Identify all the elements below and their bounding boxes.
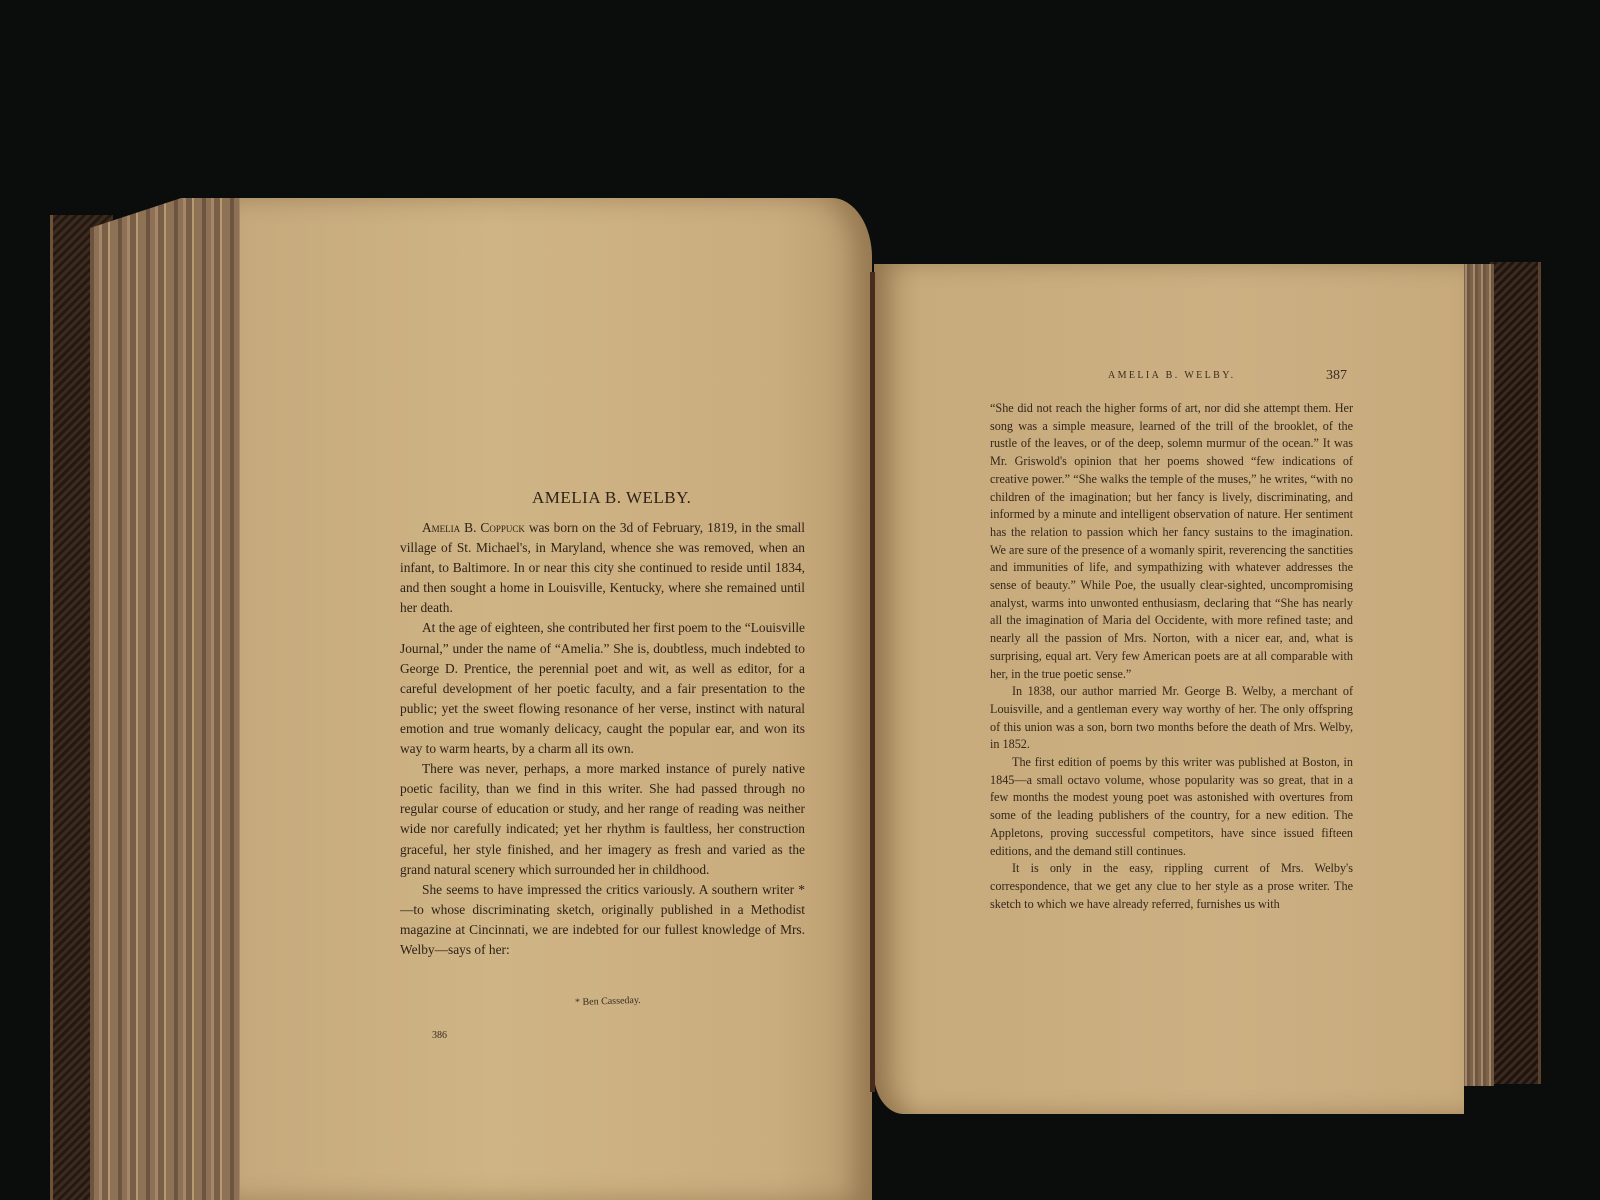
chapter-title: AMELIA B. WELBY. [532,488,691,508]
name-smallcaps: Amelia B. Coppuck [422,520,525,535]
footnote: * Ben Casseday. [575,995,641,1008]
paragraph: In 1838, our author married Mr. George B… [990,683,1353,754]
paragraph: “She did not reach the higher forms of a… [990,400,1353,683]
paragraph: It is only in the easy, rippling current… [990,860,1353,913]
page-edges-right [1462,264,1494,1086]
paragraph: The first edition of poems by this write… [990,754,1353,860]
book-photo: AMELIA B. WELBY. Amelia B. Coppuck was b… [0,0,1600,1200]
book-gutter [870,272,875,1092]
paragraph: Amelia B. Coppuck was born on the 3d of … [400,518,805,618]
page-edges-left [90,198,242,1200]
page-number-left: 386 [432,1030,447,1041]
paragraph: At the age of eighteen, she contributed … [400,618,805,759]
running-head: AMELIA B. WELBY. [1108,370,1235,381]
left-page-body: Amelia B. Coppuck was born on the 3d of … [400,518,805,960]
paragraph: She seems to have impressed the critics … [400,880,805,960]
paragraph: There was never, perhaps, a more marked … [400,759,805,880]
book-cover-right [1490,262,1541,1084]
page-number-right: 387 [1326,368,1347,384]
right-page-body: “She did not reach the higher forms of a… [990,400,1353,913]
